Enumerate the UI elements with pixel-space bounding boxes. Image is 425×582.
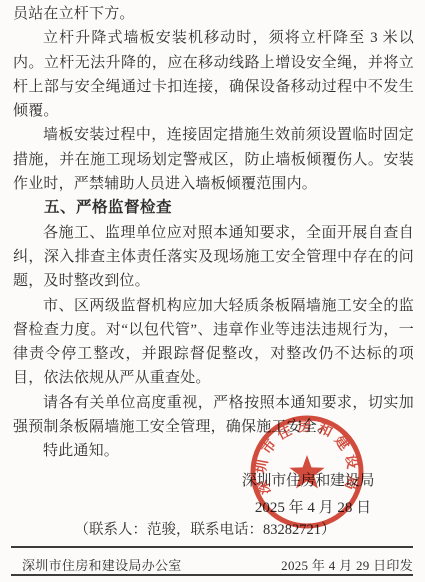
paragraph-continuation: 员站在立杆下方。: [13, 2, 414, 26]
footer-issuer: 深圳市住房和建设局办公室: [22, 555, 182, 574]
paragraph: 各施工、监理单位应对照本通知要求，全面开展自查自纠，深入排查主体责任落实及现场施…: [13, 221, 414, 294]
document-page: 员站在立杆下方。 立杆升降式墙板安装机移动时，须将立杆降至 3 米以内。立杆无法…: [0, 0, 425, 582]
footer-print-date: 2025 年 4 月 29 日印发: [281, 555, 413, 574]
footer-divider-top: [11, 546, 413, 548]
footer-divider-bottom: [11, 574, 413, 576]
signature-org: 深圳市住房和建设局: [242, 469, 374, 490]
section-heading: 五、严格监督检查: [13, 196, 414, 220]
paragraph-closing: 特此通知。: [13, 439, 414, 463]
paragraph: 市、区两级监督机构应加大轻质条板隔墙施工安全的监督检查力度。对“以包代管”、违章…: [13, 294, 414, 391]
paragraph: 立杆升降式墙板安装机移动时，须将立杆降至 3 米以内。立杆无法升降的，应在移动线…: [13, 26, 414, 123]
document-body: 员站在立杆下方。 立杆升降式墙板安装机移动时，须将立杆降至 3 米以内。立杆无法…: [13, 2, 414, 464]
contact-line: （联系人：范骏，联系电话：83282721）: [75, 518, 336, 539]
paragraph: 请各有关单位高度重视，严格按照本通知要求，切实加强预制条板隔墙施工安全管理，确保…: [13, 391, 414, 440]
signature-date: 2025 年 4 月 28 日: [255, 496, 371, 517]
paragraph: 墙板安装过程中，连接固定措施生效前须设置临时固定措施，并在施工现场划定警戒区，防…: [13, 123, 414, 196]
